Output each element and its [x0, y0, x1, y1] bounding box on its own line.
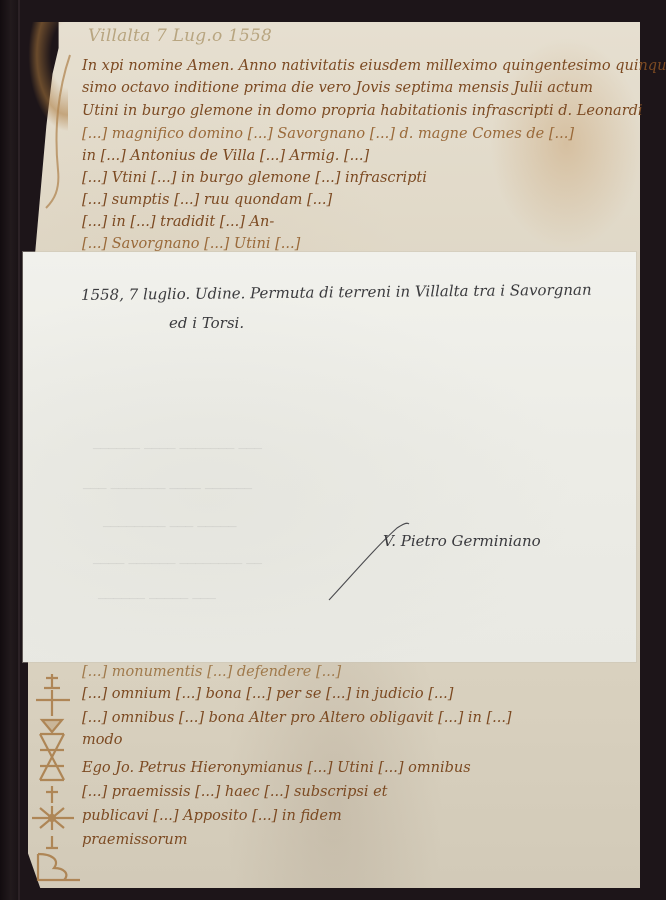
manuscript-line: Utini in burgo glemone in domo propria h… — [82, 103, 643, 119]
document-viewer: Villalta 7 Lug.o 1558 In xpi nomine Amen… — [0, 0, 666, 900]
slip-signature: V. Pietro Germiniano — [383, 532, 541, 550]
manuscript-line: [...] in [...] tradidit [...] An- — [82, 214, 274, 230]
manuscript-line: [...] omnium [...] bona [...] per se [..… — [82, 686, 453, 702]
manuscript-line: [...] Vtini [...] in burgo glemone [...]… — [82, 170, 427, 186]
margin-flourish-icon — [40, 50, 80, 210]
manuscript-line: [...] monumentis [...] defendere [...] — [82, 664, 341, 680]
catalogue-slip: ────── ──── ─────── ─── ─── ─────── ────… — [23, 252, 636, 662]
slip-description-line-1: 1558, 7 luglio. Udine. Permuta di terren… — [81, 281, 592, 304]
show-through-text: ──────── ─── ───── — [103, 520, 237, 535]
manuscript-line: publicavi [...] Apposito [...] in fidem — [82, 808, 342, 824]
manuscript-line: in [...] Antonius de Villa [...] Armig. … — [82, 148, 369, 164]
manuscript-line: modo — [82, 732, 123, 748]
manuscript-line: [...] sumptis [...] ruu quondam [...] — [82, 192, 332, 208]
binding-strip — [0, 0, 18, 900]
signature-flourish-icon — [323, 514, 463, 604]
manuscript-line: In xpi nomine Amen. Anno nativitatis eiu… — [82, 58, 666, 74]
archival-header-note: Villalta 7 Lug.o 1558 — [88, 26, 272, 46]
show-through-text: ────── ──── ─────── ─── — [93, 442, 262, 457]
show-through-text: ──── ────── ──────── ── — [93, 557, 262, 572]
manuscript-line: [...] praemissis [...] haec [...] subscr… — [82, 784, 388, 800]
manuscript-line: [...] Savorgnano [...] Utini [...] — [82, 236, 300, 252]
manuscript-line: praemissorum — [82, 832, 187, 848]
slip-description-line-2: ed i Torsi. — [169, 314, 244, 332]
show-through-text: ─── ─────── ──── ────── — [83, 482, 252, 497]
manuscript-line: [...] magnifico domino [...] Savorgnano … — [82, 126, 574, 142]
manuscript-line: Ego Jo. Petrus Hieronymianus [...] Utini… — [82, 760, 471, 776]
manuscript-line: [...] omnibus [...] bona Alter pro Alter… — [82, 710, 512, 726]
binding-edge — [18, 0, 20, 900]
manuscript-line: simo octavo inditione prima die vero Jov… — [82, 80, 593, 96]
notarial-sign-icon — [30, 668, 82, 888]
show-through-text: ────── ───── ─── — [98, 592, 216, 607]
